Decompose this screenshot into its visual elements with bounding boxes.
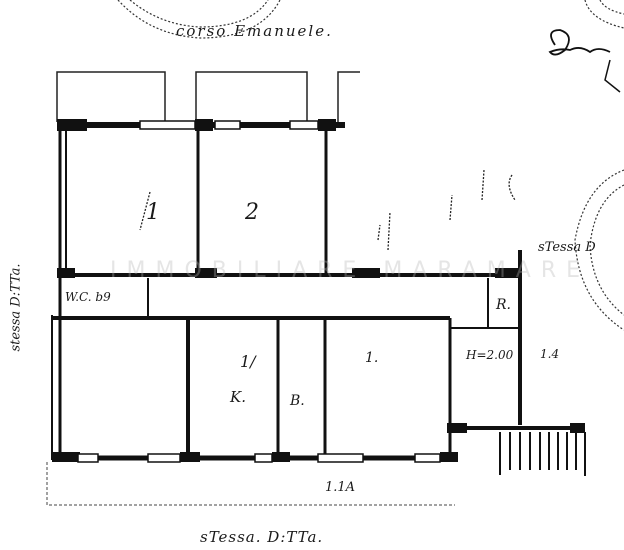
balconies-top <box>57 72 360 122</box>
annotation-kitchen: 1/ <box>240 352 256 371</box>
room-label-bath: B. <box>290 393 305 409</box>
annotation-right: 1.4 <box>540 347 559 361</box>
room-label-height: H=2.00 <box>466 348 513 362</box>
room-label-ripostiglio: R. <box>496 297 511 313</box>
watermark: IMMOBILIARE MARAMARE <box>110 258 590 283</box>
room-label-1: 1 <box>146 200 160 225</box>
room-label-kitchen: K. <box>230 388 246 406</box>
room-label-2: 2 <box>245 200 259 225</box>
room-label-wc: W.C. b9 <box>65 290 111 304</box>
windows <box>78 121 440 462</box>
neighbor-label-right: sTessa D <box>538 240 596 255</box>
staircase <box>500 432 585 476</box>
street-label: corso Emanuele. <box>176 22 333 40</box>
signature <box>550 30 610 55</box>
exterior-walls <box>52 125 585 460</box>
structural-pillars <box>52 119 585 462</box>
neighbor-label-bottom: sTessa. D:TTa. <box>200 528 323 546</box>
annotation-bottom: 1.1A <box>325 480 355 495</box>
neighbor-label-left: stessa D:TTa. <box>9 263 24 351</box>
annotation-room-bottom-right: 1. <box>365 350 378 366</box>
